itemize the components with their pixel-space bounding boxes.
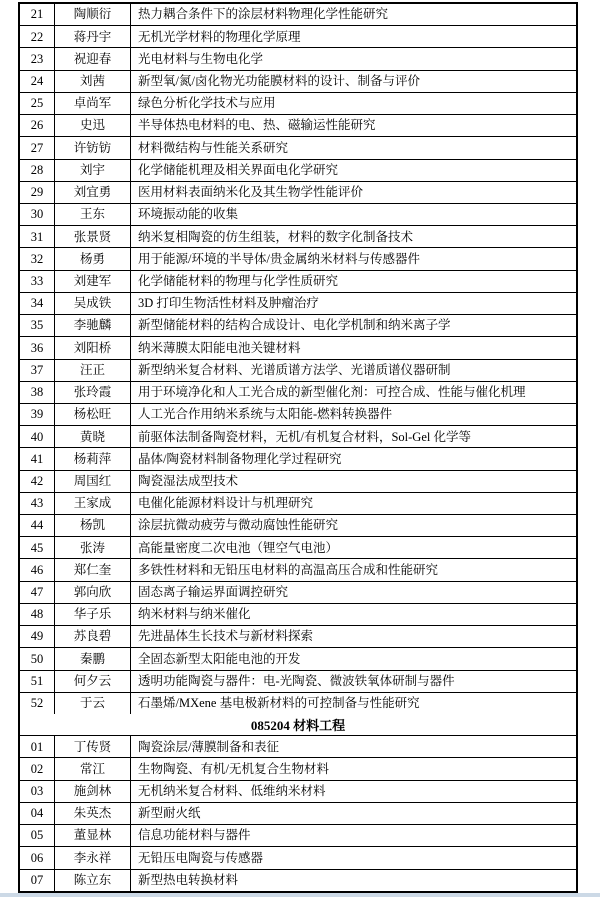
advisor-name-cell: 李驰麟 [55,315,131,336]
row-number-cell: 50 [20,648,55,669]
advisor-name-cell: 祝迎春 [55,48,131,69]
advisor-name-cell: 许钫钫 [55,137,131,158]
table-row: 07 陈立东 新型热电转换材料 [20,870,576,891]
advisor-name-cell: 何夕云 [55,671,131,692]
advisor-name-cell: 张景贤 [55,226,131,247]
row-number-cell: 25 [20,93,55,114]
table-row: 46 郑仁奎 多铁性材料和无铅压电材料的高温高压合成和性能研究 [20,559,576,581]
research-topic-cell: 新型纳米复合材料、光谱质谱方法学、光谱质谱仪器研制 [131,360,576,381]
table-row: 28 刘宇 化学储能机理及相关界面电化学研究 [20,160,576,182]
row-number-cell: 33 [20,271,55,292]
research-topic-cell: 环境振动能的收集 [131,204,576,225]
row-number-cell: 39 [20,404,55,425]
row-number-cell: 52 [20,693,55,714]
section-header: 085204 材料工程 [20,714,576,736]
advisor-table: 21 陶顺衍 热力耦合条件下的涂层材料物理化学性能研究 22 蒋丹宇 无机光学材… [18,2,578,893]
row-number-cell: 37 [20,360,55,381]
table-row: 44 杨凯 涂层抗微动疲劳与微动腐蚀性能研究 [20,515,576,537]
research-topic-cell: 材料微结构与性能关系研究 [131,137,576,158]
table-row: 42 周国红 陶瓷湿法成型技术 [20,471,576,493]
research-topic-cell: 固态离子输运界面调控研究 [131,582,576,603]
table-row: 34 吴成铁 3D 打印生物活性材料及肿瘤治疗 [20,293,576,315]
advisor-name-cell: 杨松旺 [55,404,131,425]
table-row: 52 于云 石墨烯/MXene 基电极新材料的可控制备与性能研究 [20,693,576,714]
row-number-cell: 36 [20,337,55,358]
advisor-name-cell: 秦鹏 [55,648,131,669]
row-number-cell: 06 [20,847,55,868]
advisor-name-cell: 陈立东 [55,870,131,891]
row-number-cell: 45 [20,537,55,558]
research-topic-cell: 3D 打印生物活性材料及肿瘤治疗 [131,293,576,314]
advisor-name-cell: 丁传贤 [55,736,131,757]
table-row: 23 祝迎春 光电材料与生物电化学 [20,48,576,70]
row-number-cell: 23 [20,48,55,69]
table-row: 51 何夕云 透明功能陶瓷与器件：电-光陶瓷、微波铁氧体研制与器件 [20,671,576,693]
advisor-name-cell: 卓尚军 [55,93,131,114]
document-page: 21 陶顺衍 热力耦合条件下的涂层材料物理化学性能研究 22 蒋丹宇 无机光学材… [0,0,600,897]
row-number-cell: 49 [20,626,55,647]
research-topic-cell: 用于能源/环境的半导体/贵金属纳米材料与传感器件 [131,248,576,269]
table-row: 32 杨勇 用于能源/环境的半导体/贵金属纳米材料与传感器件 [20,248,576,270]
table-row: 21 陶顺衍 热力耦合条件下的涂层材料物理化学性能研究 [20,4,576,26]
advisor-name-cell: 杨莉萍 [55,448,131,469]
advisor-name-cell: 张玲霞 [55,382,131,403]
research-topic-cell: 生物陶瓷、有机/无机复合生物材料 [131,758,576,779]
row-number-cell: 04 [20,803,55,824]
research-topic-cell: 纳米复相陶瓷的仿生组装，材料的数字化制备技术 [131,226,576,247]
research-topic-cell: 信息功能材料与器件 [131,825,576,846]
row-number-cell: 35 [20,315,55,336]
advisor-name-cell: 张涛 [55,537,131,558]
advisor-name-cell: 蒋丹宇 [55,26,131,47]
advisor-name-cell: 华子乐 [55,604,131,625]
table-row: 38 张玲霞 用于环境净化和人工光合成的新型催化剂：可控合成、性能与催化机理 [20,382,576,404]
advisor-name-cell: 郑仁奎 [55,559,131,580]
row-number-cell: 26 [20,115,55,136]
advisor-name-cell: 王家成 [55,493,131,514]
advisor-name-cell: 常江 [55,758,131,779]
table-row: 31 张景贤 纳米复相陶瓷的仿生组装，材料的数字化制备技术 [20,226,576,248]
table-row: 33 刘建军 化学储能材料的物理与化学性质研究 [20,271,576,293]
advisor-name-cell: 刘宇 [55,160,131,181]
advisor-name-cell: 王东 [55,204,131,225]
table-row: 25 卓尚军 绿色分析化学技术与应用 [20,93,576,115]
advisor-name-cell: 郭向欣 [55,582,131,603]
advisor-name-cell: 黄晓 [55,426,131,447]
table-row: 41 杨莉萍 晶体/陶瓷材料制备物理化学过程研究 [20,448,576,470]
research-topic-cell: 透明功能陶瓷与器件：电-光陶瓷、微波铁氧体研制与器件 [131,671,576,692]
research-topic-cell: 无铅压电陶瓷与传感器 [131,847,576,868]
research-topic-cell: 绿色分析化学技术与应用 [131,93,576,114]
row-number-cell: 47 [20,582,55,603]
research-topic-cell: 热力耦合条件下的涂层材料物理化学性能研究 [131,4,576,25]
table-row: 36 刘阳桥 纳米薄膜太阳能电池关键材料 [20,337,576,359]
table-row: 39 杨松旺 人工光合作用纳米系统与太阳能-燃料转换器件 [20,404,576,426]
row-number-cell: 03 [20,781,55,802]
research-topic-cell: 新型热电转换材料 [131,870,576,891]
advisor-name-cell: 陶顺衍 [55,4,131,25]
row-number-cell: 43 [20,493,55,514]
research-topic-cell: 涂层抗微动疲劳与微动腐蚀性能研究 [131,515,576,536]
row-number-cell: 44 [20,515,55,536]
row-number-cell: 38 [20,382,55,403]
research-topic-cell: 人工光合作用纳米系统与太阳能-燃料转换器件 [131,404,576,425]
row-number-cell: 27 [20,137,55,158]
research-topic-cell: 全固态新型太阳能电池的开发 [131,648,576,669]
table-row: 24 刘茜 新型氧/氮/卤化物光功能膜材料的设计、制备与评价 [20,71,576,93]
row-number-cell: 32 [20,248,55,269]
advisor-name-cell: 苏良碧 [55,626,131,647]
row-number-cell: 28 [20,160,55,181]
research-topic-cell: 化学储能材料的物理与化学性质研究 [131,271,576,292]
row-number-cell: 21 [20,4,55,25]
advisor-name-cell: 汪正 [55,360,131,381]
research-topic-cell: 纳米材料与纳米催化 [131,604,576,625]
advisor-name-cell: 杨凯 [55,515,131,536]
table-row: 29 刘宜勇 医用材料表面纳米化及其生物学性能评价 [20,182,576,204]
row-number-cell: 07 [20,870,55,891]
research-topic-cell: 石墨烯/MXene 基电极新材料的可控制备与性能研究 [131,693,576,714]
advisor-name-cell: 董显林 [55,825,131,846]
table-row: 47 郭向欣 固态离子输运界面调控研究 [20,582,576,604]
table-row: 26 史迅 半导体热电材料的电、热、磁输运性能研究 [20,115,576,137]
research-topic-cell: 用于环境净化和人工光合成的新型催化剂：可控合成、性能与催化机理 [131,382,576,403]
research-topic-cell: 无机光学材料的物理化学原理 [131,26,576,47]
research-topic-cell: 新型储能材料的结构合成设计、电化学机制和纳米离子学 [131,315,576,336]
row-number-cell: 40 [20,426,55,447]
advisor-name-cell: 朱英杰 [55,803,131,824]
table-row: 01 丁传贤 陶瓷涂层/薄膜制备和表征 [20,736,576,758]
table-row: 40 黄晓 前驱体法制备陶瓷材料，无机/有机复合材料，Sol-Gel 化学等 [20,426,576,448]
advisor-name-cell: 吴成铁 [55,293,131,314]
research-topic-cell: 多铁性材料和无铅压电材料的高温高压合成和性能研究 [131,559,576,580]
row-number-cell: 05 [20,825,55,846]
research-topic-cell: 前驱体法制备陶瓷材料，无机/有机复合材料，Sol-Gel 化学等 [131,426,576,447]
table-row: 22 蒋丹宇 无机光学材料的物理化学原理 [20,26,576,48]
table-row: 43 王家成 电催化能源材料设计与机理研究 [20,493,576,515]
row-number-cell: 51 [20,671,55,692]
row-number-cell: 30 [20,204,55,225]
row-number-cell: 48 [20,604,55,625]
table-row: 35 李驰麟 新型储能材料的结构合成设计、电化学机制和纳米离子学 [20,315,576,337]
row-number-cell: 34 [20,293,55,314]
table-row: 50 秦鹏 全固态新型太阳能电池的开发 [20,648,576,670]
research-topic-cell: 新型耐火纸 [131,803,576,824]
table-row: 04 朱英杰 新型耐火纸 [20,803,576,825]
table-row: 27 许钫钫 材料微结构与性能关系研究 [20,137,576,159]
row-number-cell: 02 [20,758,55,779]
row-number-cell: 22 [20,26,55,47]
row-number-cell: 46 [20,559,55,580]
advisor-name-cell: 史迅 [55,115,131,136]
table-row: 06 李永祥 无铅压电陶瓷与传感器 [20,847,576,869]
advisor-name-cell: 杨勇 [55,248,131,269]
advisor-name-cell: 刘宜勇 [55,182,131,203]
row-number-cell: 24 [20,71,55,92]
table-row: 02 常江 生物陶瓷、有机/无机复合生物材料 [20,758,576,780]
research-topic-cell: 陶瓷涂层/薄膜制备和表征 [131,736,576,757]
row-number-cell: 29 [20,182,55,203]
advisor-name-cell: 李永祥 [55,847,131,868]
research-topic-cell: 先进晶体生长技术与新材料探索 [131,626,576,647]
page-edge-strip [0,893,600,897]
advisor-name-cell: 刘阳桥 [55,337,131,358]
research-topic-cell: 纳米薄膜太阳能电池关键材料 [131,337,576,358]
research-topic-cell: 医用材料表面纳米化及其生物学性能评价 [131,182,576,203]
table-row: 30 王东 环境振动能的收集 [20,204,576,226]
row-number-cell: 42 [20,471,55,492]
research-topic-cell: 化学储能机理及相关界面电化学研究 [131,160,576,181]
research-topic-cell: 无机纳米复合材料、低维纳米材料 [131,781,576,802]
research-topic-cell: 光电材料与生物电化学 [131,48,576,69]
row-number-cell: 01 [20,736,55,757]
table-row: 49 苏良碧 先进晶体生长技术与新材料探索 [20,626,576,648]
advisor-name-cell: 刘茜 [55,71,131,92]
research-topic-cell: 新型氧/氮/卤化物光功能膜材料的设计、制备与评价 [131,71,576,92]
research-topic-cell: 电催化能源材料设计与机理研究 [131,493,576,514]
table-row: 37 汪正 新型纳米复合材料、光谱质谱方法学、光谱质谱仪器研制 [20,360,576,382]
research-topic-cell: 晶体/陶瓷材料制备物理化学过程研究 [131,448,576,469]
advisor-name-cell: 于云 [55,693,131,714]
advisor-name-cell: 刘建军 [55,271,131,292]
advisor-name-cell: 施剑林 [55,781,131,802]
research-topic-cell: 半导体热电材料的电、热、磁输运性能研究 [131,115,576,136]
row-number-cell: 31 [20,226,55,247]
table-row: 05 董显林 信息功能材料与器件 [20,825,576,847]
row-number-cell: 41 [20,448,55,469]
research-topic-cell: 高能量密度二次电池（锂空气电池） [131,537,576,558]
research-topic-cell: 陶瓷湿法成型技术 [131,471,576,492]
table-row: 48 华子乐 纳米材料与纳米催化 [20,604,576,626]
table-row: 45 张涛 高能量密度二次电池（锂空气电池） [20,537,576,559]
table-row: 03 施剑林 无机纳米复合材料、低维纳米材料 [20,781,576,803]
advisor-name-cell: 周国红 [55,471,131,492]
